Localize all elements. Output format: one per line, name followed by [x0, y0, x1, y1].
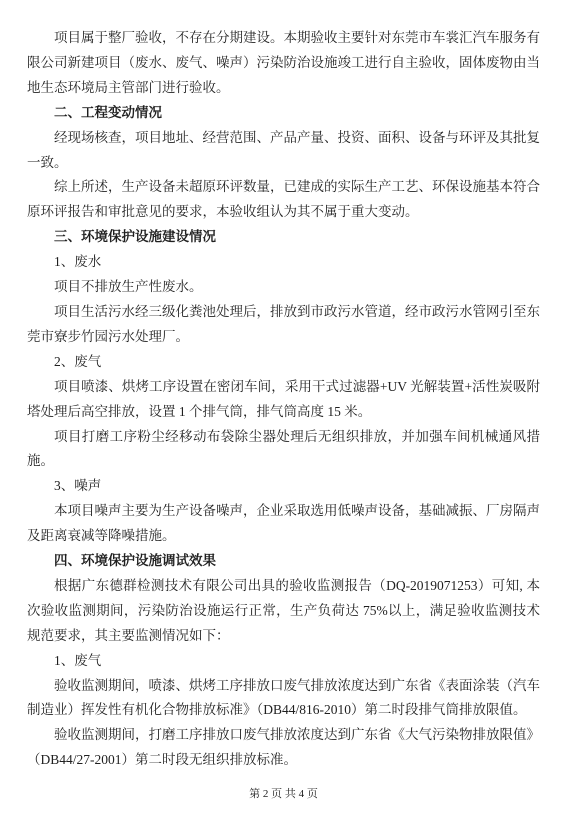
subheading-waste-gas-monitoring: 1、废气 [27, 649, 540, 674]
paragraph-monitoring-report-summary: 根据广东德群检测技术有限公司出具的验收监测报告（DQ-2019071253）可知… [27, 574, 540, 649]
document-page: 项目属于整厂验收，不存在分期建设。本期验收主要针对东莞市车裳汇汽车服务有限公司新… [0, 0, 567, 816]
paragraph-no-production-wastewater: 项目不排放生产性废水。 [27, 275, 540, 300]
subheading-waste-gas: 2、废气 [27, 350, 540, 375]
paragraph-spray-baking-emission-standard: 验收监测期间，喷漆、烘烤工序排放口废气排放浓度达到广东省《表面涂装（汽车制造业）… [27, 674, 540, 724]
paragraph-noise-reduction-measures: 本项目噪声主要为生产设备噪声，企业采取选用低噪声设备，基础减振、厂房隔声及距离衰… [27, 499, 540, 549]
heading-section4-facility-debugging-results: 四、环境保护设施调试效果 [27, 549, 540, 574]
paragraph-domestic-sewage-treatment: 项目生活污水经三级化粪池处理后，排放到市政污水管道，经市政污水管网引至东莞市寮步… [27, 300, 540, 350]
subheading-noise: 3、噪声 [27, 474, 540, 499]
paragraph-acceptance-scope: 项目属于整厂验收，不存在分期建设。本期验收主要针对东莞市车裳汇汽车服务有限公司新… [27, 26, 540, 101]
paragraph-site-verification: 经现场核查，项目地址、经营范围、产品产量、投资、面积、设备与环评及其批复一致。 [27, 126, 540, 176]
paragraph-spray-baking-process: 项目喷漆、烘烤工序设置在密闭车间，采用干式过滤器+UV 光解装置+活性炭吸附塔处… [27, 375, 540, 425]
subheading-wastewater: 1、废水 [27, 250, 540, 275]
heading-section3-env-protection-facilities: 三、环境保护设施建设情况 [27, 225, 540, 250]
paragraph-grinding-emission-standard: 验收监测期间，打磨工序排放口废气排放浓度达到广东省《大气污染物排放限值》（DB4… [27, 723, 540, 773]
heading-section2-project-changes: 二、工程变动情况 [27, 101, 540, 126]
paragraph-grinding-dust-control: 项目打磨工序粉尘经移动布袋除尘器处理后无组织排放，并加强车间机械通风措施。 [27, 425, 540, 475]
page-number-footer: 第 2 页 共 4 页 [0, 787, 567, 801]
paragraph-conclusion-no-major-change: 综上所述，生产设备未超原环评数量，已建成的实际生产工艺、环保设施基本符合原环评报… [27, 175, 540, 225]
